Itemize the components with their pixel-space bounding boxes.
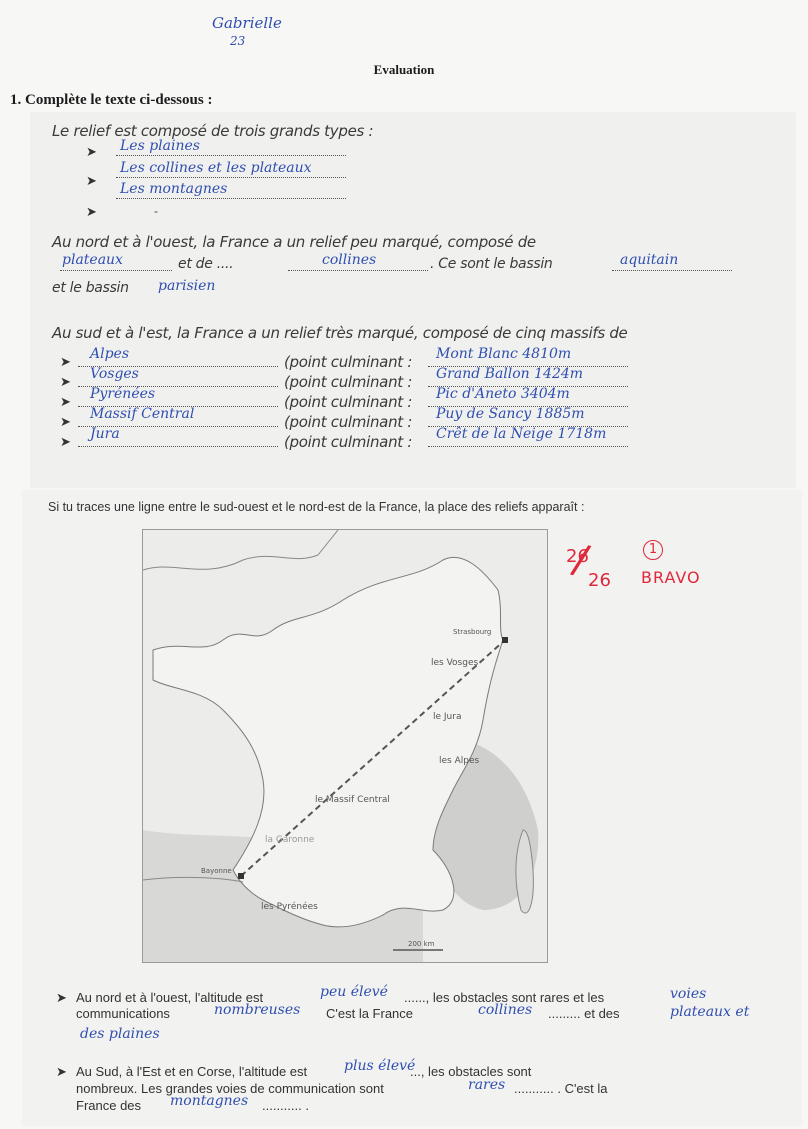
arrow-bullet-icon: ➤: [86, 144, 97, 159]
conclusion-2-answer-2: rares: [468, 1077, 505, 1093]
north-west-text-2: et de ....: [178, 256, 233, 272]
arrow-bullet-icon: ➤: [56, 1064, 67, 1080]
conclusion-2-text-1: Au Sud, à l'Est et en Corse, l'altitude …: [76, 1064, 307, 1079]
point-culminant-label: (point culminant :: [284, 413, 412, 431]
conclusion-1-text-5: ......... et des: [548, 1006, 620, 1021]
grade-total: 26: [588, 570, 611, 591]
conclusion-1-answer-1: peu élevé: [320, 984, 388, 1000]
conclusion-1-text-4: C'est la France: [326, 1006, 413, 1021]
massif-name: Alpes: [90, 346, 129, 362]
massif-peak: Crêt de la Neige 1718m: [436, 426, 606, 442]
map-label-bayonne: Bayonne: [201, 867, 232, 875]
relief-type-1: ➤: [86, 143, 97, 161]
massif-name: Vosges: [90, 366, 139, 382]
conclusion-2-text-5: France des: [76, 1098, 141, 1113]
map-label-pyrenees: les Pyrénées: [261, 902, 318, 912]
arrow-bullet-icon: ➤: [60, 354, 71, 370]
map-drawing: [143, 530, 547, 962]
conclusion-2-text-6: ........... .: [262, 1098, 309, 1113]
relief-intro: Le relief est composé de trois grands ty…: [52, 122, 373, 140]
france-relief-map: Strasbourg les Vosges le Jura les Alpes …: [142, 529, 548, 963]
map-label-massif-central: le Massif Central: [315, 795, 390, 805]
map-label-jura: le Jura: [433, 712, 461, 722]
conclusion-2-answer-1: plus élevé: [344, 1058, 415, 1074]
arrow-bullet-icon: ➤: [60, 414, 71, 430]
map-label-vosges: les Vosges: [431, 658, 478, 668]
massif-peak: Grand Ballon 1424m: [436, 366, 583, 382]
point-culminant-label: (point culminant :: [284, 393, 412, 411]
north-west-answer-3: aquitain: [620, 252, 678, 268]
north-west-answer-4: parisien: [158, 278, 215, 294]
arrow-bullet-icon: ➤: [86, 173, 97, 188]
north-west-answer-2: collines: [322, 252, 376, 268]
map-instruction: Si tu traces une ligne entre le sud-oues…: [48, 500, 584, 514]
conclusion-1-text-3: communications: [76, 1006, 170, 1021]
massif-name: Pyrénées: [90, 386, 155, 402]
conclusion-2-text-4: ........... . C'est la: [514, 1081, 608, 1096]
student-name: Gabrielle: [212, 16, 282, 31]
relief-type-3: ➤: [86, 203, 97, 221]
massif-peak: Mont Blanc 4810m: [436, 346, 571, 362]
massif-peak: Pic d'Aneto 3404m: [436, 386, 570, 402]
point-culminant-label: (point culminant :: [284, 433, 412, 451]
north-west-text: Au nord et à l'ouest, la France a un rel…: [52, 233, 752, 251]
conclusion-1-answer-3: nombreuses: [214, 1002, 300, 1018]
map-label-alpes: les Alpes: [439, 756, 479, 766]
conclusion-2-answer-3: montagnes: [170, 1093, 248, 1109]
arrow-bullet-icon: ➤: [60, 434, 71, 450]
relief-type-2-answer: Les collines et les plateaux: [120, 160, 312, 176]
arrow-bullet-icon: ➤: [56, 990, 67, 1006]
map-label-strasbourg: Strasbourg: [453, 628, 491, 636]
massif-name: Jura: [90, 426, 120, 442]
grade-circled-mark: 1: [643, 540, 663, 560]
arrow-bullet-icon: ➤: [86, 204, 97, 219]
question-1-label: 1. Complète le texte ci-dessous :: [10, 92, 212, 109]
conclusion-1-answer-6: des plaines: [80, 1026, 160, 1042]
grade-comment: BRAVO: [641, 568, 701, 587]
massif-name: Massif Central: [90, 406, 194, 422]
conclusion-1-answer-5: plateaux et: [670, 1004, 749, 1020]
map-scale: 200 km: [408, 940, 434, 948]
point-culminant-label: (point culminant :: [284, 373, 412, 391]
arrow-bullet-icon: ➤: [60, 374, 71, 390]
conclusion-1-answer-4: collines: [478, 1002, 532, 1018]
north-west-answer-1: plateaux: [62, 252, 123, 268]
north-west-text-3: . Ce sont le bassin: [430, 256, 552, 272]
south-east-text: Au sud et à l'est, la France a un relief…: [52, 324, 792, 342]
student-number: 23: [230, 34, 245, 48]
page-title: Evaluation: [0, 62, 808, 78]
arrow-bullet-icon: ➤: [60, 394, 71, 410]
relief-type-4-answer: -: [154, 204, 158, 218]
massif-peak: Puy de Sancy 1885m: [436, 406, 585, 422]
point-culminant-label: (point culminant :: [284, 353, 412, 371]
north-west-text-4: et le bassin: [52, 280, 129, 296]
relief-type-3-answer: Les montagnes: [120, 181, 227, 197]
relief-type-2: ➤: [86, 172, 97, 190]
map-label-garonne: la Garonne: [265, 835, 314, 845]
conclusion-1-answer-2: voies: [670, 986, 706, 1002]
relief-type-1-answer: Les plaines: [120, 138, 200, 154]
